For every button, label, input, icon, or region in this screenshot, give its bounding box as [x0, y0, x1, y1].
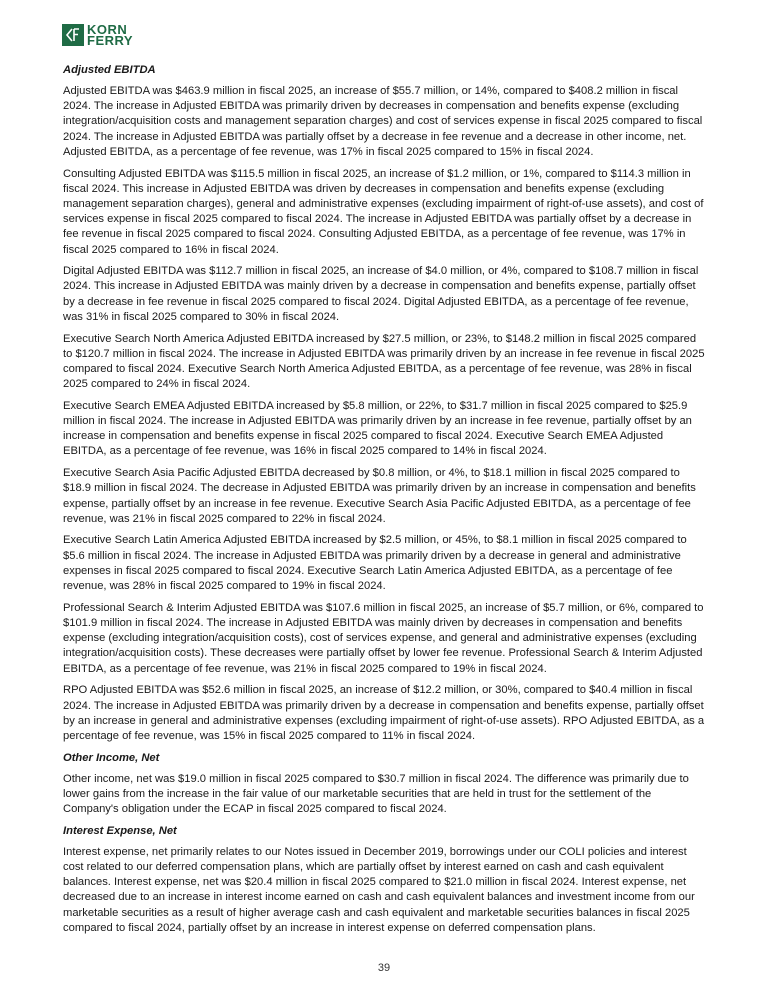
paragraph-adjusted-ebitda: Adjusted EBITDA was $463.9 million in fi…: [63, 84, 708, 160]
section-other-income: Other Income, Net Other income, net was …: [63, 751, 708, 818]
paragraph-other-income: Other income, net was $19.0 million in f…: [63, 772, 708, 818]
paragraph-es-asia-pacific: Executive Search Asia Pacific Adjusted E…: [63, 466, 708, 527]
paragraph-es-emea: Executive Search EMEA Adjusted EBITDA in…: [63, 399, 708, 460]
kf-monogram-icon: [65, 28, 81, 42]
logo-line-ferry: FERRY: [87, 35, 133, 46]
korn-ferry-logo: KORN FERRY: [62, 24, 133, 46]
logo-mark-icon: [62, 24, 84, 46]
paragraph-rpo: RPO Adjusted EBITDA was $52.6 million in…: [63, 683, 708, 744]
section-heading: Other Income, Net: [63, 751, 708, 766]
section-interest-expense: Interest Expense, Net Interest expense, …: [63, 824, 708, 936]
paragraph-digital: Digital Adjusted EBITDA was $112.7 milli…: [63, 264, 708, 325]
paragraph-es-north-america: Executive Search North America Adjusted …: [63, 332, 708, 393]
section-heading: Adjusted EBITDA: [63, 63, 708, 78]
paragraph-consulting: Consulting Adjusted EBITDA was $115.5 mi…: [63, 167, 708, 258]
paragraph-interest-expense: Interest expense, net primarily relates …: [63, 845, 708, 936]
paragraph-es-latin-america: Executive Search Latin America Adjusted …: [63, 533, 708, 594]
page-number: 39: [0, 962, 768, 974]
section-adjusted-ebitda: Adjusted EBITDA Adjusted EBITDA was $463…: [63, 63, 708, 744]
section-heading: Interest Expense, Net: [63, 824, 708, 839]
document-body: Adjusted EBITDA Adjusted EBITDA was $463…: [63, 63, 708, 942]
paragraph-professional-search: Professional Search & Interim Adjusted E…: [63, 601, 708, 677]
logo-wordmark: KORN FERRY: [87, 24, 133, 46]
